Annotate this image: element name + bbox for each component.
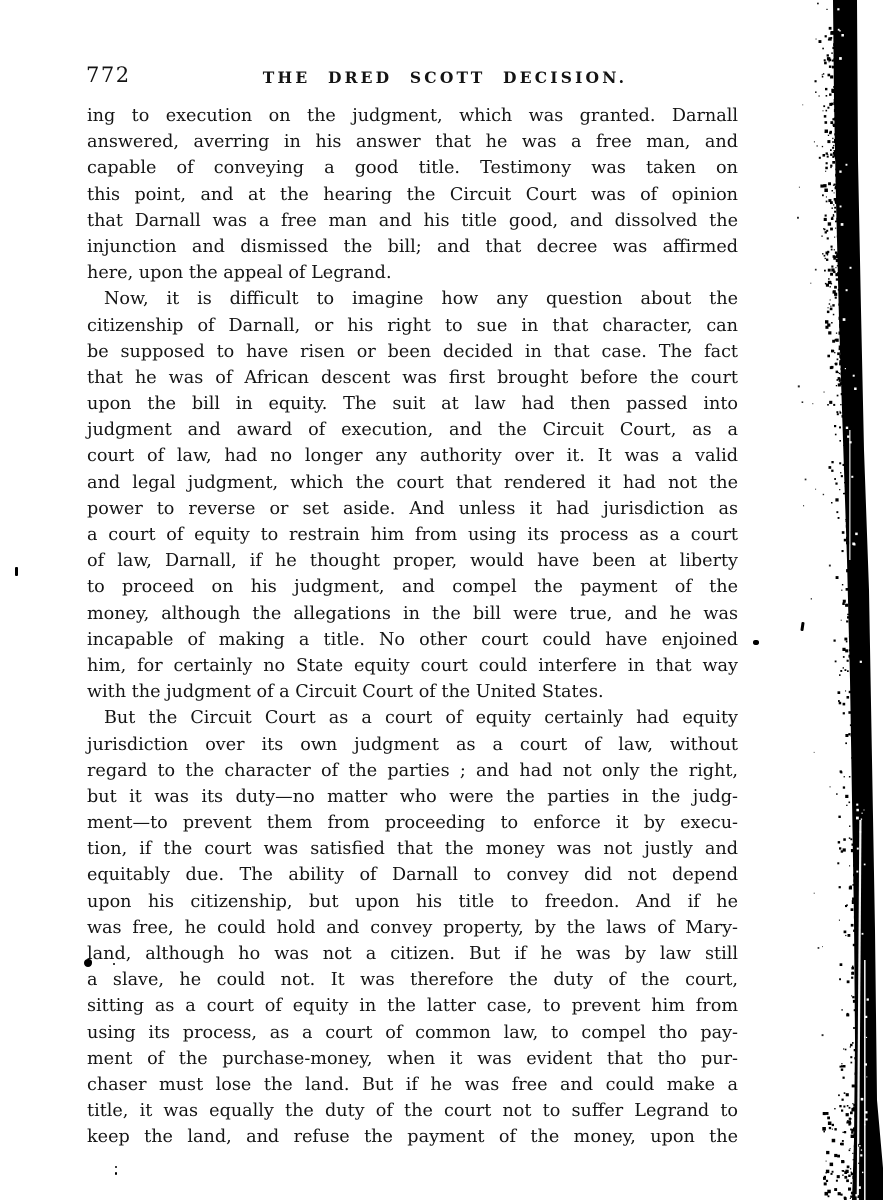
text-line: here, upon the appeal of Legrand. <box>87 260 738 286</box>
running-title: THE DRED SCOTT DECISION. <box>245 68 645 87</box>
text-line: jurisdiction over its own judgment as a … <box>87 732 738 758</box>
text-line: this point, and at the hearing the Circu… <box>87 182 738 208</box>
text-line: capable of conveying a good title. Testi… <box>87 155 738 181</box>
text-line: ment of the purchase-money, when it was … <box>87 1046 738 1072</box>
text-line: but it was its duty—no matter who were t… <box>87 784 738 810</box>
text-line: to proceed on his judgment, and compel t… <box>87 574 738 600</box>
text-line: chaser must lose the land. But if he was… <box>87 1072 738 1098</box>
text-line: injunction and dismissed the bill; and t… <box>87 234 738 260</box>
text-line: equitably due. The ability of Darnall to… <box>87 862 738 888</box>
text-line: him, for certainly no State equity court… <box>87 653 738 679</box>
text-line: Now, it is difficult to imagine how any … <box>87 286 738 312</box>
text-line: regard to the character of the parties ;… <box>87 758 738 784</box>
text-line: sitting as a court of equity in the latt… <box>87 993 738 1019</box>
text-line: court of law, had no longer any authorit… <box>87 443 738 469</box>
text-line: a court of equity to restrain him from u… <box>87 522 738 548</box>
text-line: incapable of making a title. No other co… <box>87 627 738 653</box>
text-line: title, it was equally the duty of the co… <box>87 1098 738 1124</box>
text-line: that he was of African descent was first… <box>87 365 738 391</box>
ink-apostrophe-right-margin <box>800 622 804 631</box>
text-line: with the judgment of a Circuit Court of … <box>87 679 738 705</box>
scanned-book-page: 772 THE DRED SCOTT DECISION. ing to exec… <box>0 0 883 1200</box>
ink-star-right-margin <box>753 640 759 645</box>
text-line: money, although the allegations in the b… <box>87 601 738 627</box>
text-line: keep the land, and refuse the payment of… <box>87 1124 738 1150</box>
text-line: was free, he could hold and convey prope… <box>87 915 738 941</box>
paragraph: But the Circuit Court as a court of equi… <box>87 705 738 1150</box>
text-line: land, although ho was not a citizen. But… <box>87 941 738 967</box>
text-line: and legal judgment, which the court that… <box>87 470 738 496</box>
text-line: upon the bill in equity. The suit at law… <box>87 391 738 417</box>
page-number: 772 <box>86 63 131 87</box>
text-line: a slave, he could not. It was therefore … <box>87 967 738 993</box>
paragraph: Now, it is difficult to imagine how any … <box>87 286 738 705</box>
ink-dot-left-margin <box>84 959 92 967</box>
page-body-text: ing to execution on the judgment, which … <box>87 103 738 1151</box>
paragraph: ing to execution on the judgment, which … <box>87 103 738 286</box>
text-line: ing to execution on the judgment, which … <box>87 103 738 129</box>
ink-speck-left-margin <box>113 963 115 965</box>
ink-colon-bottom-margin <box>115 1166 117 1168</box>
text-line: power to reverse or set aside. And unles… <box>87 496 738 522</box>
text-line: be supposed to have risen or been decide… <box>87 339 738 365</box>
text-line: ment—to prevent them from proceeding to … <box>87 810 738 836</box>
text-line: using its process, as a court of common … <box>87 1020 738 1046</box>
text-line: answered, averring in his answer that he… <box>87 129 738 155</box>
text-line: that Darnall was a free man and his titl… <box>87 208 738 234</box>
text-line: citizenship of Darnall, or his right to … <box>87 313 738 339</box>
text-line: of law, Darnall, if he thought proper, w… <box>87 548 738 574</box>
text-line: judgment and award of execution, and the… <box>87 417 738 443</box>
text-line: But the Circuit Court as a court of equi… <box>87 705 738 731</box>
text-line: upon his citizenship, but upon his title… <box>87 889 738 915</box>
page-header: 772 THE DRED SCOTT DECISION. <box>0 0 883 100</box>
text-line: tion, if the court was satisfied that th… <box>87 836 738 862</box>
ink-tick-left-margin <box>15 567 18 576</box>
ink-colon-bottom-margin <box>115 1172 117 1175</box>
